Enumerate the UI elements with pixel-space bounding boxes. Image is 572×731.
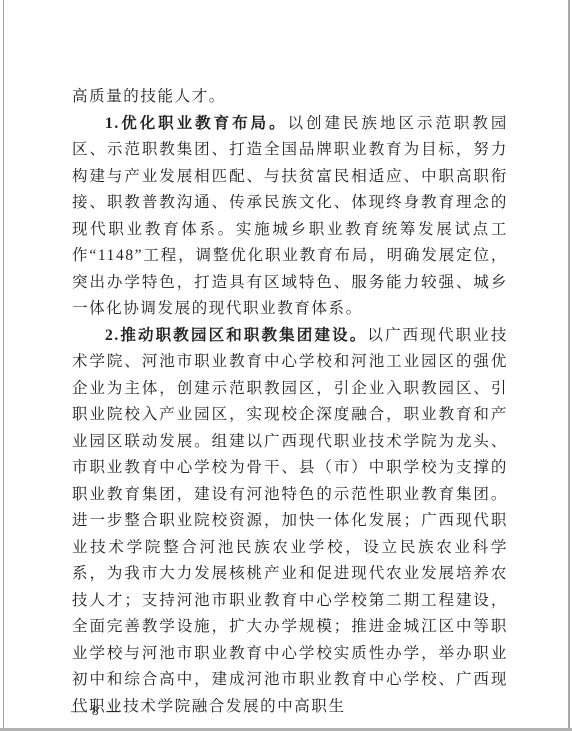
paragraph-text: 以创建民族地区示范职教园区、示范职教集团、打造全国品牌职业教育为目标，努力构建与… (72, 115, 508, 318)
paragraph-heading: 2.推动职教园区和职教集团建设。 (105, 327, 367, 344)
page-number: — 8 — (71, 703, 122, 719)
document-page: 高质量的技能人才。 1.优化职业教育布局。以创建民族地区示范职教园区、示范职教集… (0, 0, 572, 731)
paragraph-continuation: 高质量的技能人才。 (72, 84, 508, 111)
scan-edge-left (3, 0, 4, 731)
paragraph-section-2: 2.推动职教园区和职教集团建设。以广西现代职业技术学院、河池市职业教育中心学校和… (72, 323, 508, 721)
paragraph-section-1: 1.优化职业教育布局。以创建民族地区示范职教园区、示范职教集团、打造全国品牌职业… (72, 111, 508, 323)
scan-edge-right (568, 0, 570, 731)
paragraph-heading: 1.优化职业教育布局。 (105, 115, 288, 132)
paragraph-text: 高质量的技能人才。 (72, 88, 226, 105)
paragraph-text: 以广西现代职业技术学院、河池市职业教育中心学校和河池工业园区的强优企业为主体，创… (72, 327, 508, 715)
document-body: 高质量的技能人才。 1.优化职业教育布局。以创建民族地区示范职教园区、示范职教集… (72, 84, 508, 720)
